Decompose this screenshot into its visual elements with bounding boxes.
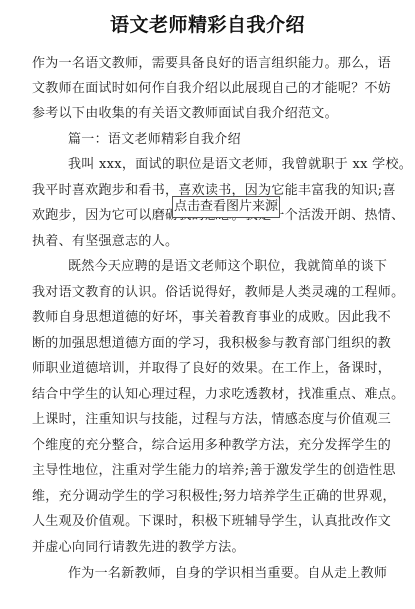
paragraph-line: 结合中学生的认知心理过程，力求吃透教材，找准重点、难点。 (32, 387, 404, 403)
paragraph-line: 既然今天应聘的是语文老师这个职位，我就简单的谈下 (68, 259, 387, 275)
paragraph-line: 我对语文教育的认识。俗话说得好，教师是人类灵魂的工程师。 (32, 285, 404, 301)
paragraph-line: 上课时，注重知识与技能，过程与方法，情感态度与价值观三 (32, 412, 391, 428)
paragraph-line: 作为一名语文教师，需要具备良好的语言组织能力。那么，语 (32, 56, 391, 72)
paragraph-line: 参考以下由收集的有关语文教师面试自我介绍范文。 (32, 106, 338, 122)
paragraph-line: 师职业道德培训，并取得了良好的效果。在工作上，备课时， (32, 361, 391, 377)
paragraph-line: 我叫 xxx，面试的职位是语文老师，我曾就职于 xx 学校。 (68, 157, 412, 173)
paragraph-line: 并虚心向同行请教先进的教学方法。 (32, 540, 245, 556)
paragraph-line: 个维度的充分整合，综合运用多种教学方法，充分发挥学生的 (32, 438, 391, 454)
paragraph-line: 执着、有坚强意志的人。 (32, 234, 178, 250)
paragraph-line: 篇一：语文老师精彩自我介绍 (68, 132, 241, 148)
document-title: 语文老师精彩自我介绍 (0, 10, 415, 37)
paragraph-line: 人生观及价值观。下课时，积极下班辅导学生，认真批改作文 (32, 514, 391, 530)
paragraph-line: 维，充分调动学生的学习积极性;努力培养学生正确的世界观， (32, 489, 396, 505)
paragraph-line: 断的加强思想道德方面的学习，我积极参与教育部门组织的教 (32, 336, 391, 352)
view-image-source-button[interactable]: 点击查看图片来源 (172, 196, 280, 218)
paragraph-line: 作为一名新教师，自身的学识相当重要。自从走上教师 (68, 566, 387, 582)
paragraph-line: 教师自身思想道德的好坏，事关着教育事业的成败。因此我不 (32, 310, 391, 326)
paragraph-line: 文教师在面试时如何作自我介绍以此展现自己的才能呢？不妨 (32, 81, 391, 97)
paragraph-line: 主导性地位，注重对学生能力的培养;善于激发学生的创造性思 (32, 463, 396, 479)
